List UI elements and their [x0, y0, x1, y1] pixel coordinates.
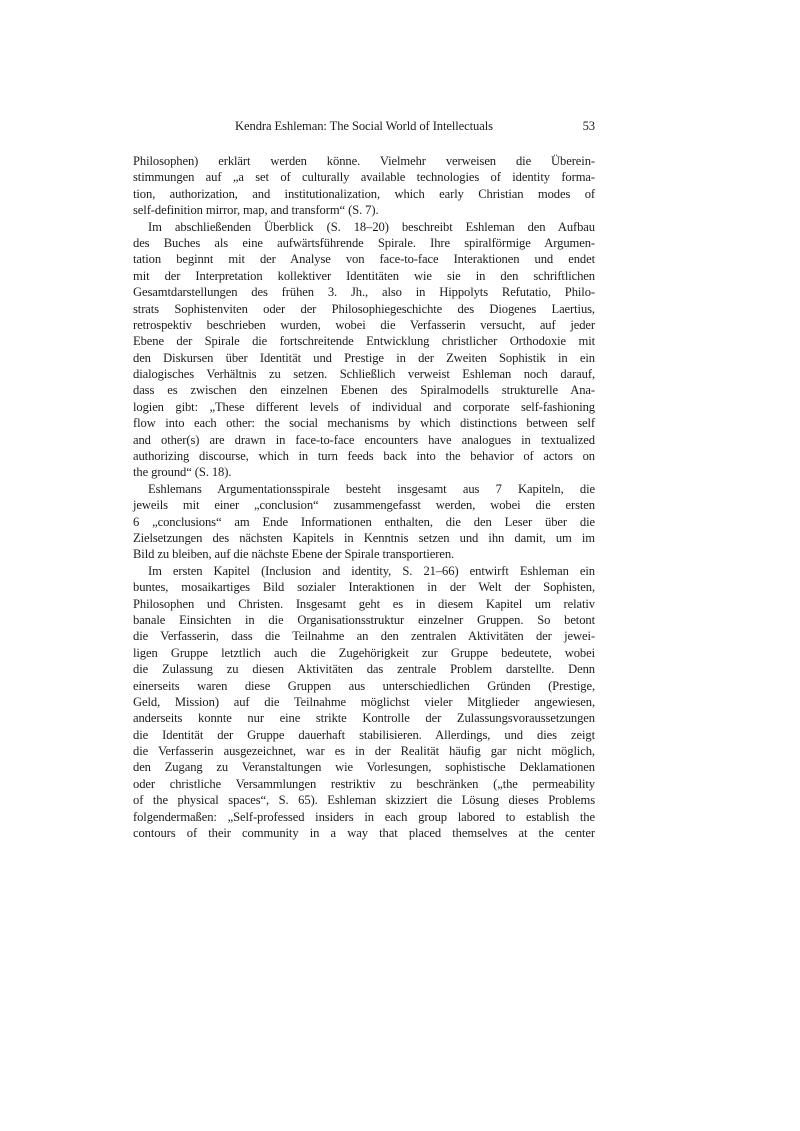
text-line: Philosophen) erklärt werden könne. Vielm… — [133, 153, 595, 169]
text-line: des Buches als eine aufwärtsführende Spi… — [133, 235, 595, 251]
text-line: strats Sophistenviten oder der Philosoph… — [133, 301, 595, 317]
text-line: dass es zwischen den einzelnen Ebenen de… — [133, 382, 595, 398]
text-line: Im abschließenden Überblick (S. 18–20) b… — [133, 219, 595, 235]
text-line: die Zulassung zu diesen Aktivitäten das … — [133, 661, 595, 677]
text-line: retrospektiv beschrieben wurden, wobei d… — [133, 317, 595, 333]
journal-page: Kendra Eshleman: The Social World of Int… — [0, 0, 800, 1131]
text-line: die Verfasserin ausgezeichnet, war es in… — [133, 743, 595, 759]
text-line: tation beginnt mit der Analyse von face-… — [133, 251, 595, 267]
paragraph: Im ersten Kapitel (Inclusion and identit… — [133, 563, 595, 842]
text-line: stimmungen auf „a set of culturally avai… — [133, 169, 595, 185]
text-line: folgendermaßen: „Self-professed insiders… — [133, 809, 595, 825]
paragraph: Eshlemans Argumentationsspirale besteht … — [133, 481, 595, 563]
text-line: authorizing discourse, which in turn fee… — [133, 448, 595, 464]
text-line: Geld, Mission) auf die Teilnahme möglich… — [133, 694, 595, 710]
text-line: Ebene der Spirale die fortschreitende En… — [133, 333, 595, 349]
text-line: ligen Gruppe letztlich auch die Zugehöri… — [133, 645, 595, 661]
body-text: Philosophen) erklärt werden könne. Vielm… — [133, 153, 595, 841]
text-line: the ground“ (S. 18). — [133, 464, 595, 480]
text-line: Im ersten Kapitel (Inclusion and identit… — [133, 563, 595, 579]
text-line: Bild zu bleiben, auf die nächste Ebene d… — [133, 546, 595, 562]
text-line: contours of their community in a way tha… — [133, 825, 595, 841]
text-line: self-definition mirror, map, and transfo… — [133, 202, 595, 218]
text-line: buntes, mosaikartiges Bild sozialer Inte… — [133, 579, 595, 595]
text-line: oder christliche Versammlungen restrikti… — [133, 776, 595, 792]
text-line: Gesamtdarstellungen des frühen 3. Jh., a… — [133, 284, 595, 300]
text-line: den Zugang zu Veranstaltungen wie Vorles… — [133, 759, 595, 775]
page-title: Kendra Eshleman: The Social World of Int… — [235, 119, 493, 133]
text-line: tion, authorization, and institutionaliz… — [133, 186, 595, 202]
text-line: flow into each other: the social mechani… — [133, 415, 595, 431]
page-number: 53 — [583, 118, 595, 134]
running-header: Kendra Eshleman: The Social World of Int… — [133, 118, 595, 134]
text-line: and other(s) are drawn in face-to-face e… — [133, 432, 595, 448]
text-line: of the physical spaces“, S. 65). Eshlema… — [133, 792, 595, 808]
text-line: Philosophen und Christen. Insgesamt geht… — [133, 596, 595, 612]
text-line: logien gibt: „These different levels of … — [133, 399, 595, 415]
text-line: banale Einsichten in die Organisationsst… — [133, 612, 595, 628]
text-line: die Identität der Gruppe dauerhaft stabi… — [133, 727, 595, 743]
paragraph: Philosophen) erklärt werden könne. Vielm… — [133, 153, 595, 219]
paragraph: Im abschließenden Überblick (S. 18–20) b… — [133, 219, 595, 481]
text-line: Zielsetzungen des nächsten Kapitels in K… — [133, 530, 595, 546]
text-line: die Verfasserin, dass die Teilnahme an d… — [133, 628, 595, 644]
text-line: anderseits konnte nur eine strikte Kontr… — [133, 710, 595, 726]
text-line: jeweils mit einer „conclusion“ zusammeng… — [133, 497, 595, 513]
text-line: einerseits waren diese Gruppen aus unter… — [133, 678, 595, 694]
text-line: 6 „conclusions“ am Ende Informationen en… — [133, 514, 595, 530]
text-line: den Diskursen über Identität und Prestig… — [133, 350, 595, 366]
text-line: dialogisches Verhältnis zu setzen. Schli… — [133, 366, 595, 382]
text-line: Eshlemans Argumentationsspirale besteht … — [133, 481, 595, 497]
text-line: mit der Interpretation kollektiver Ident… — [133, 268, 595, 284]
